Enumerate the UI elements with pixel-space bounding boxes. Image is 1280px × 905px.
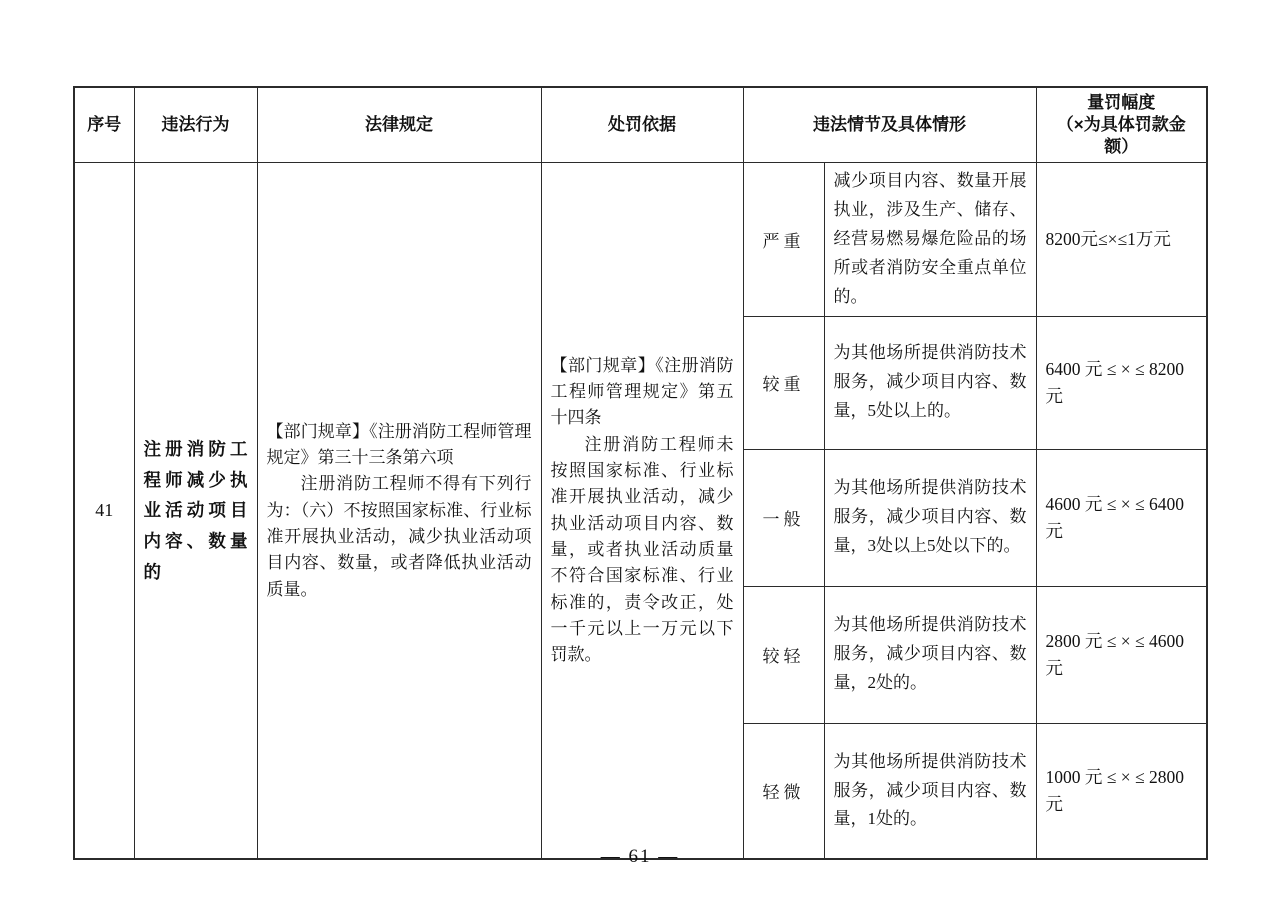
violation-cell: 注册消防工程师减少执业活动项目内容、数量的 — [134, 163, 257, 859]
severity-label: 轻微 — [743, 723, 824, 859]
penalty-basis-cell: 【部门规章】《注册消防工程师管理规定》第五十四条 注册消防工程师未按照国家标准、… — [541, 163, 743, 859]
penalty-basis-paragraph-1: 【部门规章】《注册消防工程师管理规定》第五十四条 — [551, 353, 734, 432]
penalty-standards-table: 序号 违法行为 法律规定 处罚依据 违法情节及具体情形 量罚幅度 （×为具体罚款… — [73, 86, 1208, 860]
situation-cell: 为其他场所提供消防技术服务，减少项目内容、数量，1处的。 — [824, 723, 1036, 859]
penalty-range-cell: 1000 元 ≤ × ≤ 2800 元 — [1036, 723, 1207, 859]
penalty-range-cell: 4600 元 ≤ × ≤ 6400 元 — [1036, 449, 1207, 586]
col-header-index: 序号 — [74, 87, 134, 163]
col-header-penalty-basis: 处罚依据 — [541, 87, 743, 163]
severity-label: 较重 — [743, 316, 824, 449]
legal-provision-paragraph-2: 注册消防工程师不得有下列行为：（六）不按照国家标准、行业标准开展执业活动，减少执… — [267, 471, 532, 603]
legal-provision-paragraph-1: 【部门规章】《注册消防工程师管理规定》第三十三条第六项 — [267, 419, 532, 472]
severity-label: 一般 — [743, 449, 824, 586]
penalty-range-subtitle: （×为具体罚款金额） — [1046, 114, 1198, 158]
col-header-legal-provision: 法律规定 — [257, 87, 541, 163]
table-header-row: 序号 违法行为 法律规定 处罚依据 违法情节及具体情形 量罚幅度 （×为具体罚款… — [74, 87, 1207, 163]
situation-cell: 为其他场所提供消防技术服务，减少项目内容、数量，2处的。 — [824, 586, 1036, 723]
page-number: — 61 — — [0, 846, 1280, 868]
severity-label: 严重 — [743, 163, 824, 316]
penalty-range-cell: 8200元≤×≤1万元 — [1036, 163, 1207, 316]
penalty-range-cell: 2800 元 ≤ × ≤ 4600 元 — [1036, 586, 1207, 723]
col-header-circumstances: 违法情节及具体情形 — [743, 87, 1036, 163]
document-page: 序号 违法行为 法律规定 处罚依据 违法情节及具体情形 量罚幅度 （×为具体罚款… — [0, 0, 1280, 905]
penalty-basis-paragraph-2: 注册消防工程师未按照国家标准、行业标准开展执业活动，减少执业活动项目内容、数量，… — [551, 432, 734, 669]
severity-label: 较轻 — [743, 586, 824, 723]
situation-cell: 为其他场所提供消防技术服务，减少项目内容、数量，5处以上的。 — [824, 316, 1036, 449]
col-header-penalty-range: 量罚幅度 （×为具体罚款金额） — [1036, 87, 1207, 163]
table-row: 41 注册消防工程师减少执业活动项目内容、数量的 【部门规章】《注册消防工程师管… — [74, 163, 1207, 316]
situation-cell: 减少项目内容、数量开展执业，涉及生产、储存、经营易燃易爆危险品的场所或者消防安全… — [824, 163, 1036, 316]
situation-cell: 为其他场所提供消防技术服务，减少项目内容、数量，3处以上5处以下的。 — [824, 449, 1036, 586]
penalty-range-title: 量罚幅度 — [1046, 92, 1198, 114]
legal-provision-cell: 【部门规章】《注册消防工程师管理规定》第三十三条第六项 注册消防工程师不得有下列… — [257, 163, 541, 859]
index-cell: 41 — [74, 163, 134, 859]
col-header-violation: 违法行为 — [134, 87, 257, 163]
penalty-range-cell: 6400 元 ≤ × ≤ 8200 元 — [1036, 316, 1207, 449]
